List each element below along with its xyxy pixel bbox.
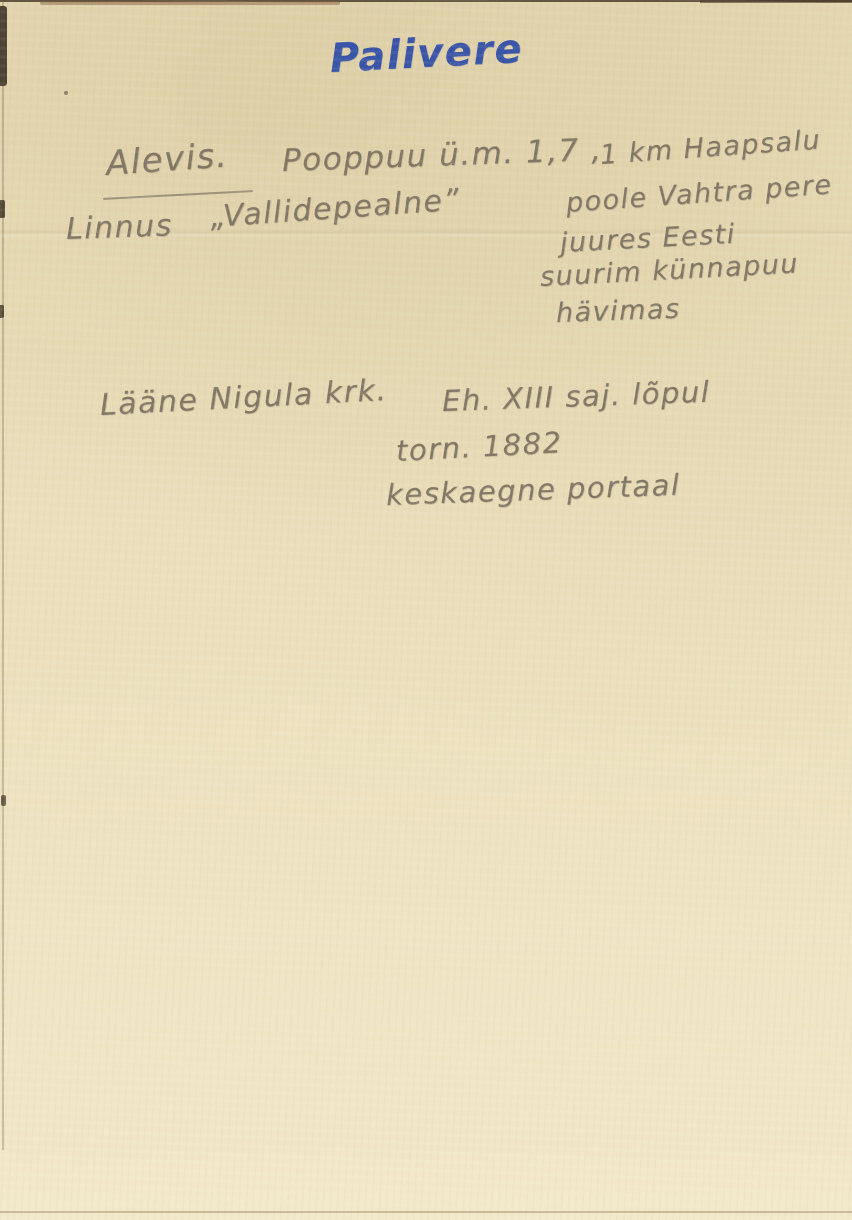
scanned-note-page: Palivere Alevis. Linnus „Vallidepealne” … (0, 0, 852, 1220)
scan-edge-bottom-line (0, 1211, 852, 1213)
entry2-church-line3: torn. 1882 (395, 425, 563, 468)
page-title: Palivere (329, 26, 524, 82)
scan-left-speck-1 (0, 200, 5, 218)
scan-left-speck-2 (0, 305, 4, 318)
entry1-tree-line2: 1 km Haapsalu (599, 125, 822, 171)
scan-corner-blob (0, 6, 7, 86)
entry1-tree-line3: poole Vahtra pere (565, 169, 834, 219)
scan-edge-top-smear (40, 1, 340, 5)
entry1-linnus-label: Linnus (65, 208, 173, 247)
entry1-heading: Alevis. (105, 136, 230, 184)
entry1-tree-line6: hävimas (555, 294, 681, 329)
entry2-church-line1: Lääne Nigula krk. (99, 373, 388, 423)
scan-left-speck-3 (1, 795, 6, 806)
paper-speck (64, 91, 68, 95)
scan-edge-left-line (2, 0, 4, 1150)
scan-edge-top-line (0, 0, 852, 2)
entry2-church-line4: keskaegne portaal (385, 468, 681, 512)
entry1-tree-line1: Pooppuu ü.m. 1,7 , (281, 132, 603, 179)
scan-edge-top-right (700, 0, 852, 3)
entry2-church-line2: Eh. XIII saj. lõpul (441, 375, 710, 418)
